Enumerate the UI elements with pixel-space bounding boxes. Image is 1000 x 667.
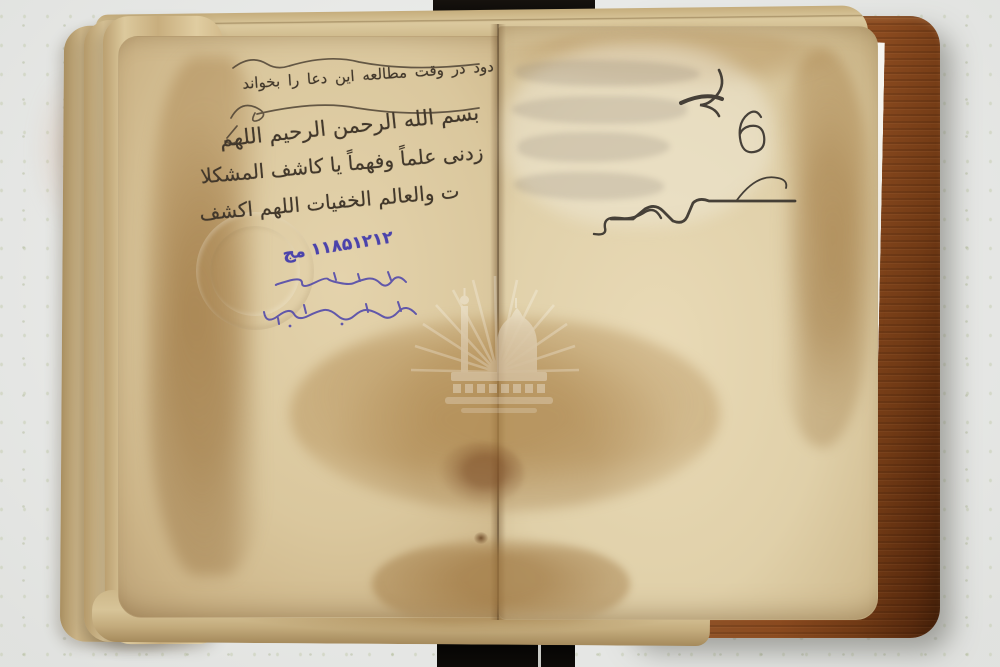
catalog-field-partial-1: ش bbox=[856, 390, 871, 403]
slip-rule bbox=[835, 222, 877, 224]
pen-strokes bbox=[505, 40, 835, 245]
book-support-strap-top bbox=[433, 0, 595, 42]
ink-smudge-gutter bbox=[438, 442, 524, 506]
catalog-field-printed: چاپی bbox=[846, 310, 874, 324]
faded-text-patch bbox=[505, 44, 773, 226]
water-stain-right-top bbox=[500, 30, 840, 90]
handwriting-line-4: ت والعالم الخفیات اللهم اکشف bbox=[199, 179, 461, 226]
slip-rule bbox=[834, 256, 876, 258]
handwriting-line-1: دود در وقت مطالعه این دعا را بخواند bbox=[242, 57, 495, 93]
handwriting-block: دود در وقت مطالعه این دعا را بخواند بسم … bbox=[120, 52, 502, 372]
table-smear bbox=[30, 70, 100, 230]
ink-smudge-line bbox=[512, 96, 687, 124]
right-page bbox=[498, 26, 878, 620]
catalog-field-part: جز bbox=[857, 364, 872, 377]
catalog-field-year: سال bbox=[848, 334, 873, 348]
page-stack-bottom-edge bbox=[92, 590, 710, 646]
catalog-slip: اسما مصنف مؤلف خطی چاپی سال جز ش و bbox=[825, 42, 885, 511]
water-stain-bottom bbox=[372, 538, 630, 630]
catalog-field-compiler: مؤلف bbox=[843, 264, 874, 278]
manuscript-photo: اسما مصنف مؤلف خطی چاپی سال جز ش و bbox=[0, 0, 1000, 667]
ink-spot bbox=[474, 532, 488, 544]
slip-rule bbox=[833, 304, 875, 306]
catalog-field-title: اسما bbox=[849, 200, 875, 214]
blue-ink-scribble bbox=[238, 268, 428, 358]
blue-ink-smudge-icon bbox=[835, 48, 881, 129]
book-support-strap-bottom bbox=[437, 616, 575, 667]
leather-cover bbox=[618, 16, 940, 638]
blue-inscription-number: ۱۱۸۵۱۲۱۲ مج bbox=[281, 227, 394, 264]
ink-smudge-line bbox=[515, 60, 700, 86]
catalog-field-manuscript: خطی bbox=[844, 283, 874, 297]
strap-highlight-line bbox=[538, 620, 541, 667]
ink-smudge-line bbox=[518, 132, 670, 162]
catalog-field-partial-2: و bbox=[864, 414, 871, 427]
catalog-field-author: مصنف bbox=[839, 234, 875, 248]
ink-smudge-line bbox=[514, 172, 664, 200]
